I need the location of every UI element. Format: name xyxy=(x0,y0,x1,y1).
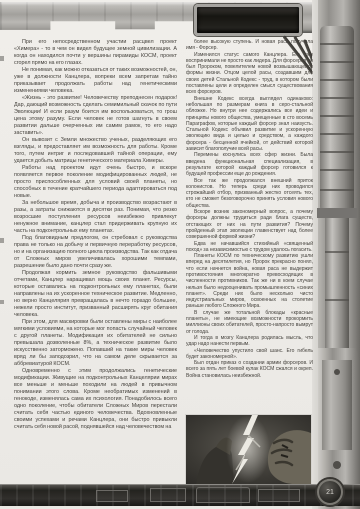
paragraph: Внешне Кодекс всегда выглядел одинаково:… xyxy=(186,96,313,153)
machinery-detail xyxy=(258,489,300,502)
text-column-right: более высокую ступень. И новая раса полу… xyxy=(186,39,313,416)
paragraph: За небольшое время, добыча и производств… xyxy=(14,200,177,235)
right-machinery-frame xyxy=(312,0,360,509)
machinery-column-icon xyxy=(312,0,360,509)
machinery-detail xyxy=(96,490,128,502)
paragraph: Работы над проектом идут очень быстро, и… xyxy=(14,165,177,200)
paragraph: Одновременно с этим продолжались генетич… xyxy=(14,368,177,431)
scan-mark xyxy=(0,238,4,243)
scan-mark xyxy=(0,300,4,304)
vent-panel xyxy=(194,4,302,36)
paragraph: «Человечество упустило свой шанс. Его ги… xyxy=(186,348,313,361)
paragraph: Под благовидным предлогом, он стребовал … xyxy=(14,235,177,270)
bottom-metal-frame xyxy=(0,484,360,506)
paragraph: Вскоре возник закономерный вопрос, а поч… xyxy=(186,209,313,240)
page-number: 21 xyxy=(326,489,334,496)
text-column-left: При его непосредственном участии расцвел… xyxy=(14,39,177,458)
scanned-manual-page: При его непосредственном участии расцвел… xyxy=(0,0,360,509)
paragraph: более высокую ступень. И новая раса полу… xyxy=(186,39,313,52)
paragraph: Перемены коснулись всех сфер жизни. Была… xyxy=(186,152,313,177)
paragraph: Планеты КОСМ по техническому развитию уш… xyxy=(186,253,313,310)
paragraph: Не понимая, как можно отказаться от таки… xyxy=(14,67,177,95)
paragraph: Был отдан приказ о создании армии форсер… xyxy=(186,360,313,379)
paragraph: При его непосредственном участии расцвел… xyxy=(14,39,177,67)
paragraph: Все так же продолжался внешний приток ко… xyxy=(186,178,313,209)
paragraph: При этом, для маскировки были оставлены … xyxy=(14,319,177,368)
paragraph: «Жизнь - это развитие! Человечеству преп… xyxy=(14,95,177,137)
duel-illustration-icon xyxy=(186,415,311,484)
scan-mark xyxy=(0,56,4,61)
paragraph: В случае же тотальной блокады «красные п… xyxy=(186,310,313,335)
paragraph: И тогда в мозгу Канцлера родилась мысль,… xyxy=(186,335,313,348)
machinery-detail xyxy=(150,488,186,502)
artwork-faces-lightning xyxy=(186,415,311,484)
page-number-badge: 21 xyxy=(317,479,343,505)
paragraph: Продолжая кормить земное руководство фал… xyxy=(14,270,177,319)
paragraph: Изменился статус самого Канцлера. Его уж… xyxy=(186,52,313,96)
paragraph: Едва не начавшийся стихийный «священный … xyxy=(186,241,313,254)
top-metal-frame xyxy=(0,2,360,33)
paragraph: Он вывозит с Земли множество ученых, раз… xyxy=(14,137,177,165)
machinery-detail xyxy=(196,487,250,503)
